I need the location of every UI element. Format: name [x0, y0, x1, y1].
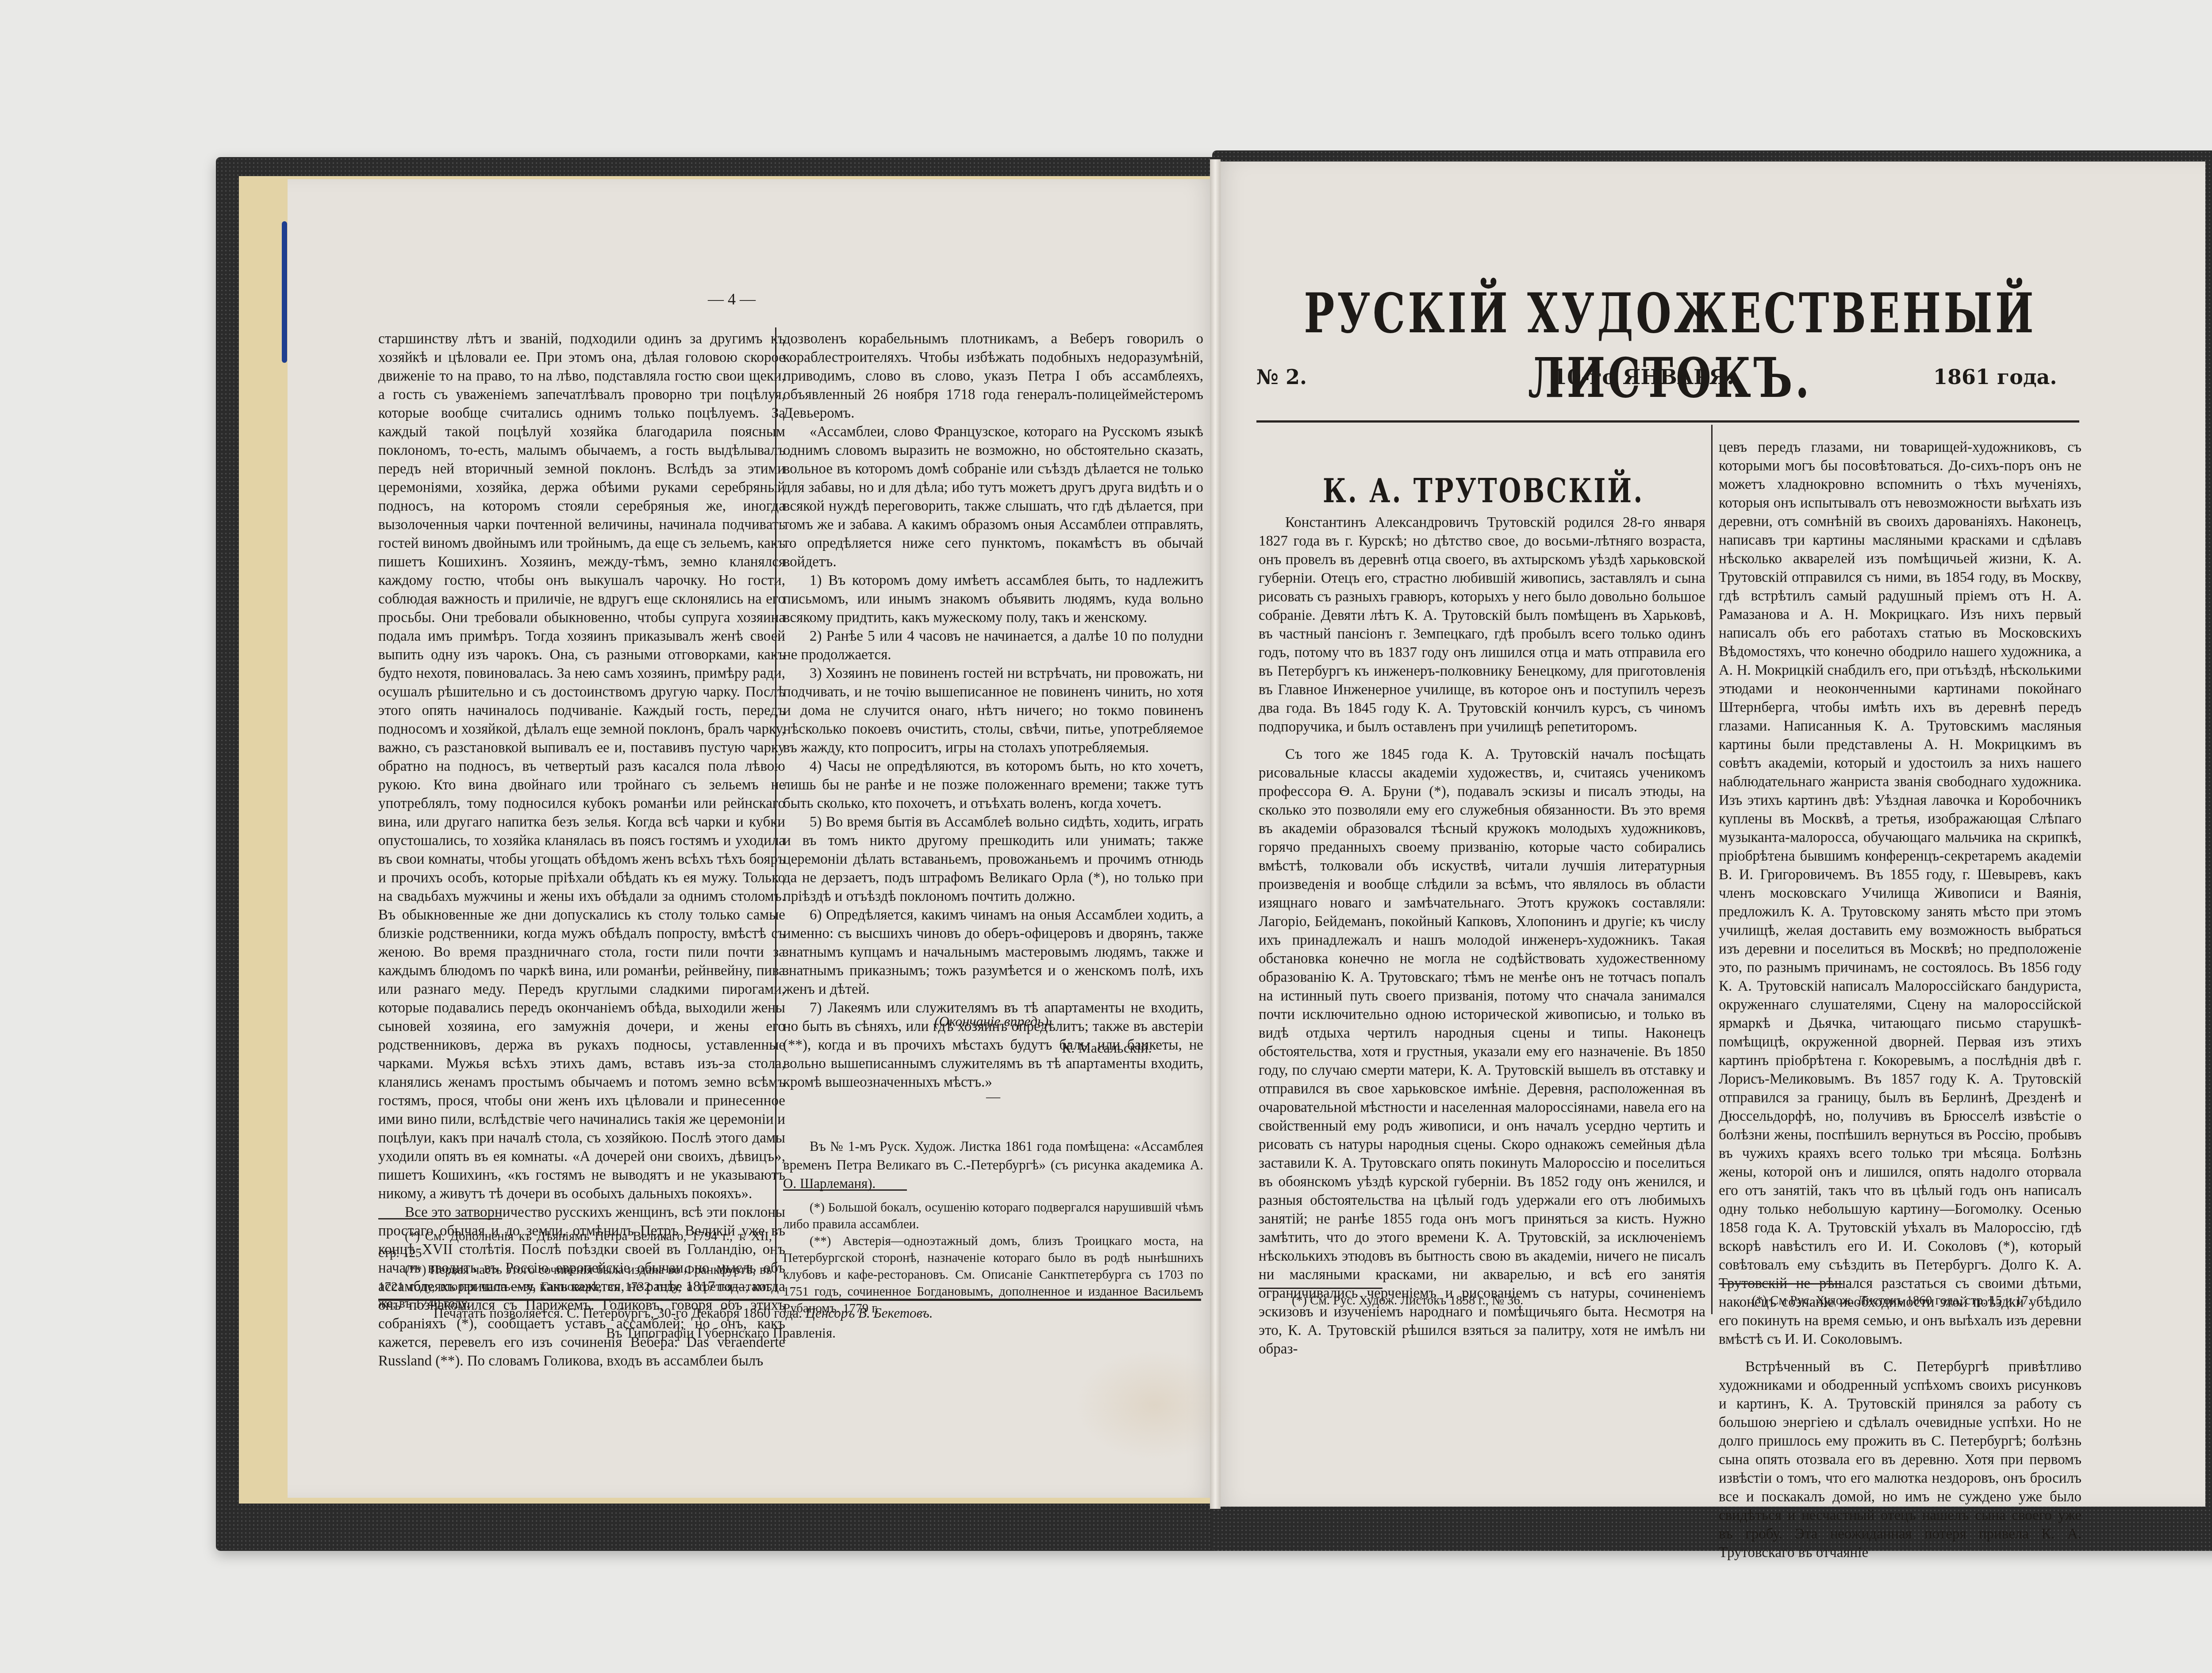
page-number: — 4 —: [708, 290, 756, 308]
paragraph: 1) Въ которомъ дому имѣетъ ассамблея быт…: [783, 571, 1203, 627]
paragraph: дозволенъ корабельнымъ плотникамъ, а Веб…: [783, 330, 1203, 423]
issue-number: № 2.: [1256, 365, 1307, 389]
article-title: К. А. ТРУТОВСКІЙ.: [1323, 471, 1644, 510]
notice-text: Въ № 1-мъ Руск. Худож. Листка 1861 года …: [783, 1137, 1203, 1193]
paragraph: цевъ передъ глазами, ни товарищей-художн…: [1719, 438, 2081, 1349]
right-column-1: Константинъ Александровичъ Трутовскій ро…: [1259, 513, 1705, 1358]
column-divider: [775, 327, 776, 1292]
censor-line: Печатать позволяется. С. Петербургъ, 30-…: [434, 1305, 802, 1321]
right-footnote-1: (*) См. Рус. Худож. Листокъ 1858 г., № 3…: [1265, 1292, 1699, 1309]
footnote: (*) См Рус. Худож. Листокъ 1860 года, ст…: [1725, 1292, 2079, 1309]
left-column-2: дозволенъ корабельнымъ плотникамъ, а Веб…: [783, 330, 1203, 1092]
censor-approval: Печатать позволяется. С. Петербургъ, 30-…: [434, 1305, 933, 1321]
footnote: (*) См. Дополненія къ Дѣяніямъ Петра Вел…: [378, 1228, 772, 1261]
printer-line: Въ Типографіи Губернскаго Правленія.: [606, 1325, 836, 1341]
column-divider: [1711, 425, 1713, 1314]
paragraph: 2) Ранѣе 5 или 4 часовъ не начинается, а…: [783, 627, 1203, 664]
paragraph: 6) Опредѣляется, какимъ чинамъ на оныя А…: [783, 906, 1203, 999]
author-signature: К. Масальскій.: [1062, 1040, 1152, 1056]
paragraph: Съ того же 1845 года К. А. Трутовскій на…: [1259, 745, 1705, 1358]
paragraph: 4) Часы не опредѣляются, въ которомъ быт…: [783, 757, 1203, 813]
paragraph: Встрѣченный въ С. Петербургѣ привѣтливо …: [1719, 1358, 2081, 1562]
footnote-rule: [1259, 1288, 1382, 1289]
paragraph: «Ассамблеи, слово Французское, котораго …: [783, 423, 1203, 571]
footnote: (*) Большой бокалъ, осушенію котораго по…: [783, 1199, 1203, 1233]
left-column-1: старшинству лѣтъ и званій, подходили оди…: [378, 330, 785, 1370]
footnote: (**) Австерія—одноэтажный домъ, близъ Тр…: [783, 1233, 1203, 1317]
continuation-note: (Окончаніе впредь).: [783, 1013, 1203, 1030]
masthead-title: РУСКІЙ ХУДОЖЕСТВЕНЫЙ ЛИСТОКЪ.: [1265, 281, 2075, 410]
blue-page-edge: [282, 221, 287, 363]
footnote-rule: [783, 1189, 907, 1191]
issue-notice: Въ № 1-мъ Руск. Худож. Листка 1861 года …: [783, 1137, 1203, 1193]
section-dash: —: [783, 1088, 1203, 1105]
footnote: (**) Первая часть этого сочиненія была и…: [378, 1261, 772, 1312]
masthead-rule: [1256, 420, 2079, 423]
issue-year: 1861 года.: [1933, 365, 2057, 389]
paragraph: Константинъ Александровичъ Трутовскій ро…: [1259, 513, 1705, 736]
right-footnote-2: (*) См Рус. Худож. Листокъ 1860 года, ст…: [1725, 1292, 2079, 1309]
right-column-2: цевъ передъ глазами, ни товарищей-художн…: [1719, 438, 2081, 1562]
footnote-rule: [1719, 1283, 1843, 1285]
paragraph: 5) Во время бытія въ Ассамблеѣ вольно си…: [783, 813, 1203, 906]
paragraph: 3) Хозяинъ не повиненъ гостей ни встрѣча…: [783, 664, 1203, 757]
paragraph: старшинству лѣтъ и званій, подходили оди…: [378, 330, 785, 1203]
footnote: (*) См. Рус. Худож. Листокъ 1858 г., № 3…: [1265, 1292, 1699, 1309]
bottom-rule: [378, 1299, 1201, 1301]
footnote-rule: [378, 1218, 502, 1219]
issue-date: 10-го ЯНВАРЯ.: [1553, 365, 1734, 389]
censor-name: Ценсоръ В. Бекетовъ.: [806, 1305, 933, 1321]
book-gutter: [1210, 159, 1221, 1509]
water-stain: [1075, 1350, 1234, 1460]
